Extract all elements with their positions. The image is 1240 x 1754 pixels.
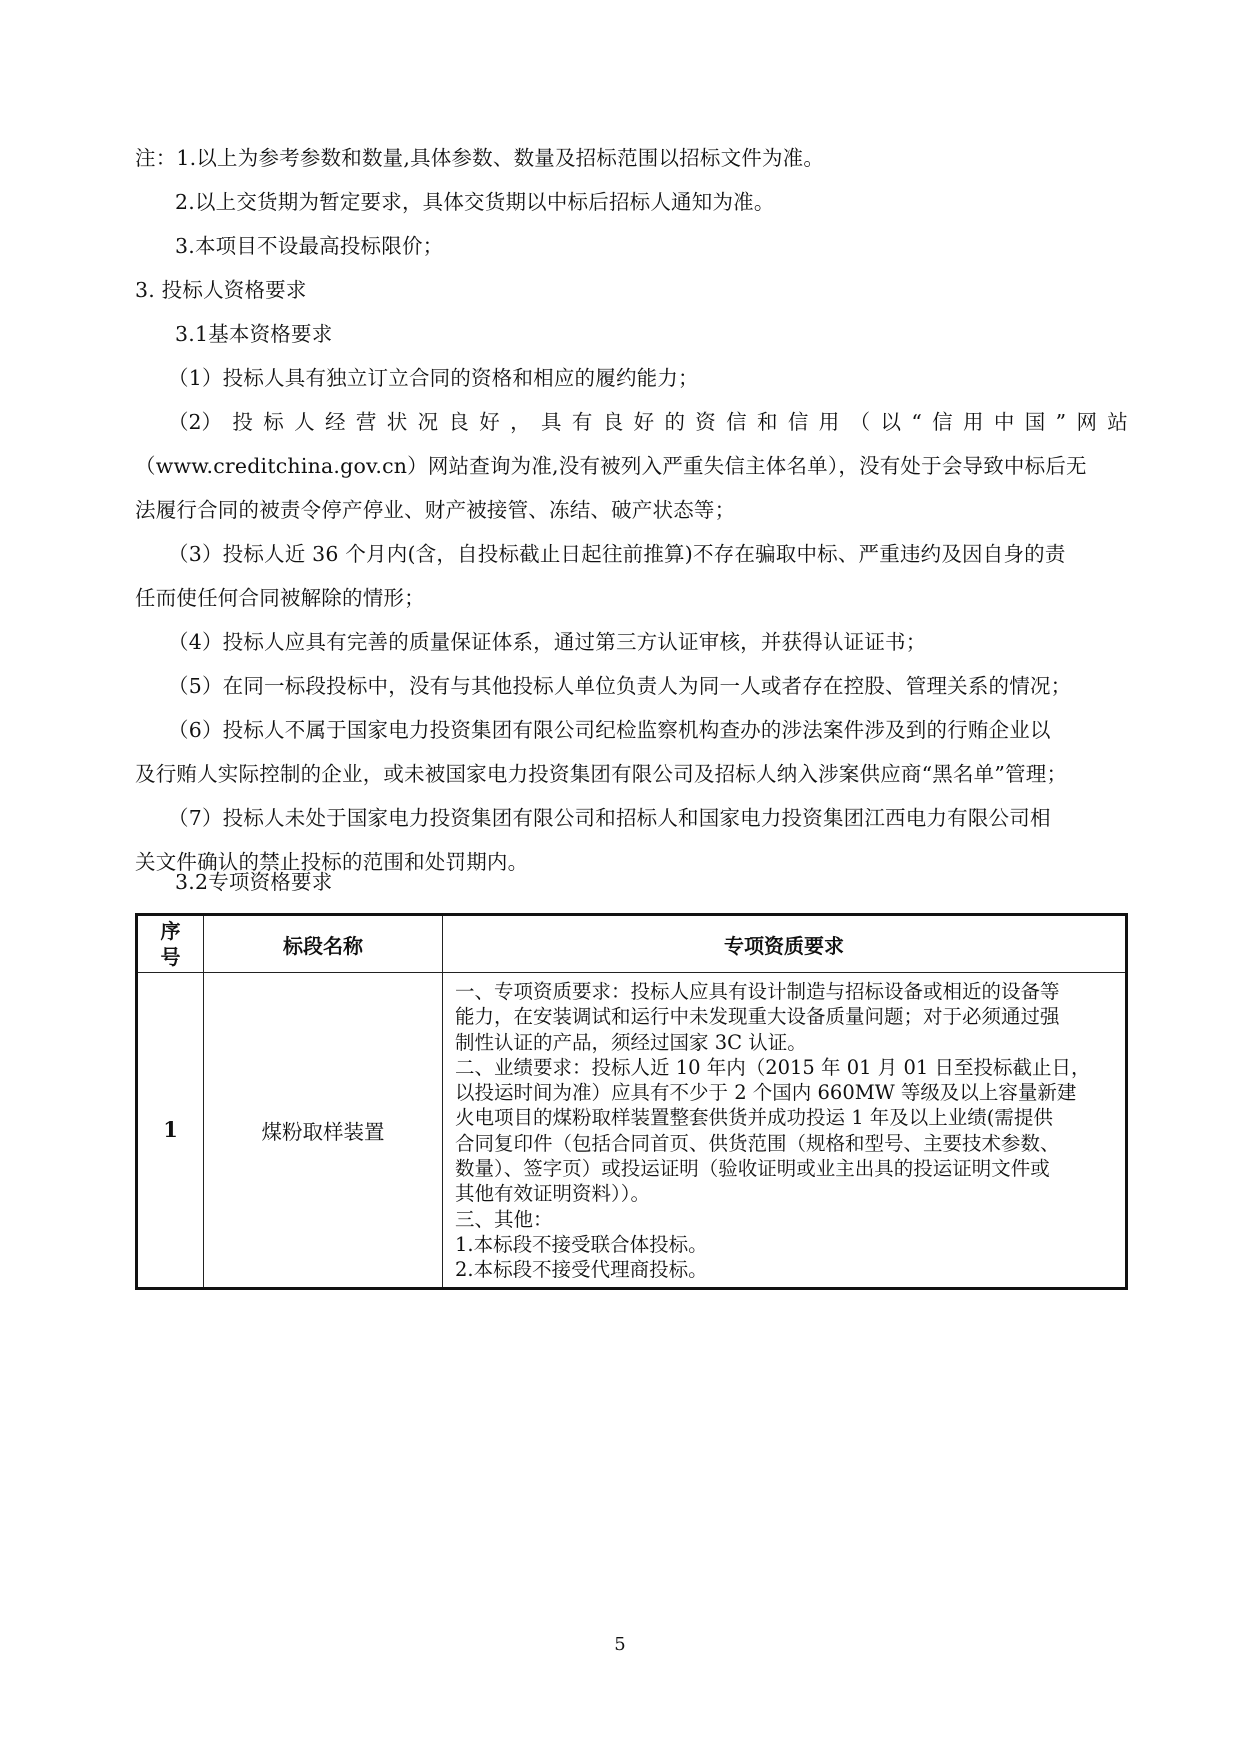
- requirement-item-2-line-1: （2）投标人经营状况良好，具有良好的资信和信用（以“信用中国”网站: [168, 410, 1128, 434]
- justified-char: 况: [418, 410, 439, 434]
- justified-char: 信: [726, 410, 747, 434]
- subsection-heading-3-2: 3.2专项资格要求: [175, 870, 332, 894]
- justified-char: 人: [294, 410, 315, 434]
- header-requirements: 专项资质要求: [443, 915, 1127, 973]
- requirement-line: 三、其他：: [455, 1207, 1117, 1232]
- justified-char: 状: [387, 410, 408, 434]
- justified-char: 中: [994, 410, 1015, 434]
- justified-char: 国: [1025, 410, 1046, 434]
- requirement-item-7-line-1: （7）投标人未处于国家电力投资集团有限公司和招标人和国家电力投资集团江西电力有限…: [168, 806, 1051, 830]
- justified-char: ”: [1056, 410, 1066, 434]
- justified-char: ，: [510, 410, 531, 434]
- header-serial-line-2: 号: [138, 944, 203, 970]
- requirement-line: 一、专项资质要求：投标人应具有设计制造与招标设备或相近的设备等: [455, 979, 1117, 1004]
- cell-serial-number: 1: [137, 973, 204, 1289]
- requirement-item-5: （5）在同一标段投标中，没有与其他投标人单位负责人为同一人或者存在控股、管理关系…: [168, 674, 1071, 698]
- justified-char: 好: [479, 410, 500, 434]
- requirement-line: 2.本标段不接受代理商投标。: [455, 1257, 1117, 1282]
- justified-char: 用: [819, 410, 840, 434]
- requirement-item-2-line-3: 法履行合同的被责令停产停业、财产被接管、冻结、破产状态等；: [135, 498, 735, 522]
- justified-char: 用: [963, 410, 984, 434]
- note-1: 注：1.以上为参考参数和数量,具体参数、数量及招标范围以招标文件为准。: [135, 146, 824, 170]
- justified-char: （2）: [168, 410, 222, 434]
- justified-char: 标: [263, 410, 284, 434]
- justified-char: 具: [541, 410, 562, 434]
- justified-char: 和: [757, 410, 778, 434]
- requirement-item-4: （4）投标人应具有完善的质量保证体系，通过第三方认证审核，并获得认证证书；: [168, 630, 926, 654]
- justified-char: 营: [356, 410, 377, 434]
- cell-requirements: 一、专项资质要求：投标人应具有设计制造与招标设备或相近的设备等 能力，在安装调试…: [443, 973, 1127, 1289]
- justified-char: 经: [325, 410, 346, 434]
- requirement-line: 合同复印件（包括合同首页、供货范围（规格和型号、主要技术参数、: [455, 1131, 1117, 1156]
- requirement-line: 能力，在安装调试和运行中未发现重大设备质量问题；对于必须通过强: [455, 1004, 1117, 1029]
- justified-char: 站: [1107, 410, 1128, 434]
- justified-char: 有: [572, 410, 593, 434]
- requirement-item-1: （1）投标人具有独立订立合同的资格和相应的履约能力；: [168, 366, 699, 390]
- requirement-line: 1.本标段不接受联合体投标。: [455, 1232, 1117, 1257]
- document-page: 注：1.以上为参考参数和数量,具体参数、数量及招标范围以招标文件为准。 2.以上…: [0, 0, 1240, 1754]
- section-heading: 3. 投标人资格要求: [135, 278, 307, 302]
- justified-char: 的: [664, 410, 685, 434]
- requirement-item-2-line-2: （www.creditchina.gov.cn）网站查询为准,没有被列入严重失信…: [135, 454, 1087, 478]
- requirement-item-3-line-1: （3）投标人近 36 个月内(含，自投标截止日起往前推算)不存在骗取中标、严重违…: [168, 542, 1066, 566]
- table-row: 1 煤粉取样装置 一、专项资质要求：投标人应具有设计制造与招标设备或相近的设备等…: [137, 973, 1127, 1289]
- justified-char: 良: [448, 410, 469, 434]
- justified-char: “: [911, 410, 921, 434]
- page-number: 5: [614, 1634, 625, 1655]
- justified-char: （: [850, 410, 871, 434]
- header-serial-number: 序 号: [137, 915, 204, 973]
- note-3: 3.本项目不设最高投标限价；: [175, 234, 443, 258]
- requirement-line: 其他有效证明资料））。: [455, 1181, 1117, 1206]
- header-lot-name: 标段名称: [204, 915, 443, 973]
- requirement-line: 制性认证的产品，须经过国家 3C 认证。: [455, 1030, 1117, 1055]
- requirement-line: 二、业绩要求：投标人近 10 年内（2015 年 01 月 01 日至投标截止日…: [455, 1055, 1117, 1080]
- header-serial-line-1: 序: [138, 918, 203, 944]
- justified-char: 网: [1076, 410, 1097, 434]
- requirement-item-3-line-2: 任而使任何合同被解除的情形；: [135, 586, 425, 610]
- justified-char: 信: [932, 410, 953, 434]
- special-qualification-table: 序 号 标段名称 专项资质要求 1 煤粉取样装置 一、专项资质要求：投标人应具有…: [135, 913, 1128, 1290]
- justified-char: 资: [695, 410, 716, 434]
- requirement-item-6-line-2: 及行贿人实际控制的企业，或未被国家电力投资集团有限公司及招标人纳入涉案供应商“黑…: [135, 762, 1067, 786]
- note-2: 2.以上交货期为暂定要求，具体交货期以中标后招标人通知为准。: [175, 190, 775, 214]
- justified-char: 好: [634, 410, 655, 434]
- requirement-line: 火电项目的煤粉取样装置整套供货并成功投运 1 年及以上业绩(需提供: [455, 1105, 1117, 1130]
- requirement-line: 以投运时间为准）应具有不少于 2 个国内 660MW 等级及以上容量新建: [455, 1080, 1117, 1105]
- justified-char: 投: [232, 410, 253, 434]
- justified-char: 以: [880, 410, 901, 434]
- subsection-heading-3-1: 3.1基本资格要求: [175, 322, 332, 346]
- justified-char: 良: [603, 410, 624, 434]
- cell-lot-name: 煤粉取样装置: [204, 973, 443, 1289]
- requirement-line: 数量）、签字页）或投运证明（验收证明或业主出具的投运证明文件或: [455, 1156, 1117, 1181]
- justified-char: 信: [788, 410, 809, 434]
- table-header-row: 序 号 标段名称 专项资质要求: [137, 915, 1127, 973]
- requirement-item-6-line-1: （6）投标人不属于国家电力投资集团有限公司纪检监察机构查办的涉法案件涉及到的行贿…: [168, 718, 1051, 742]
